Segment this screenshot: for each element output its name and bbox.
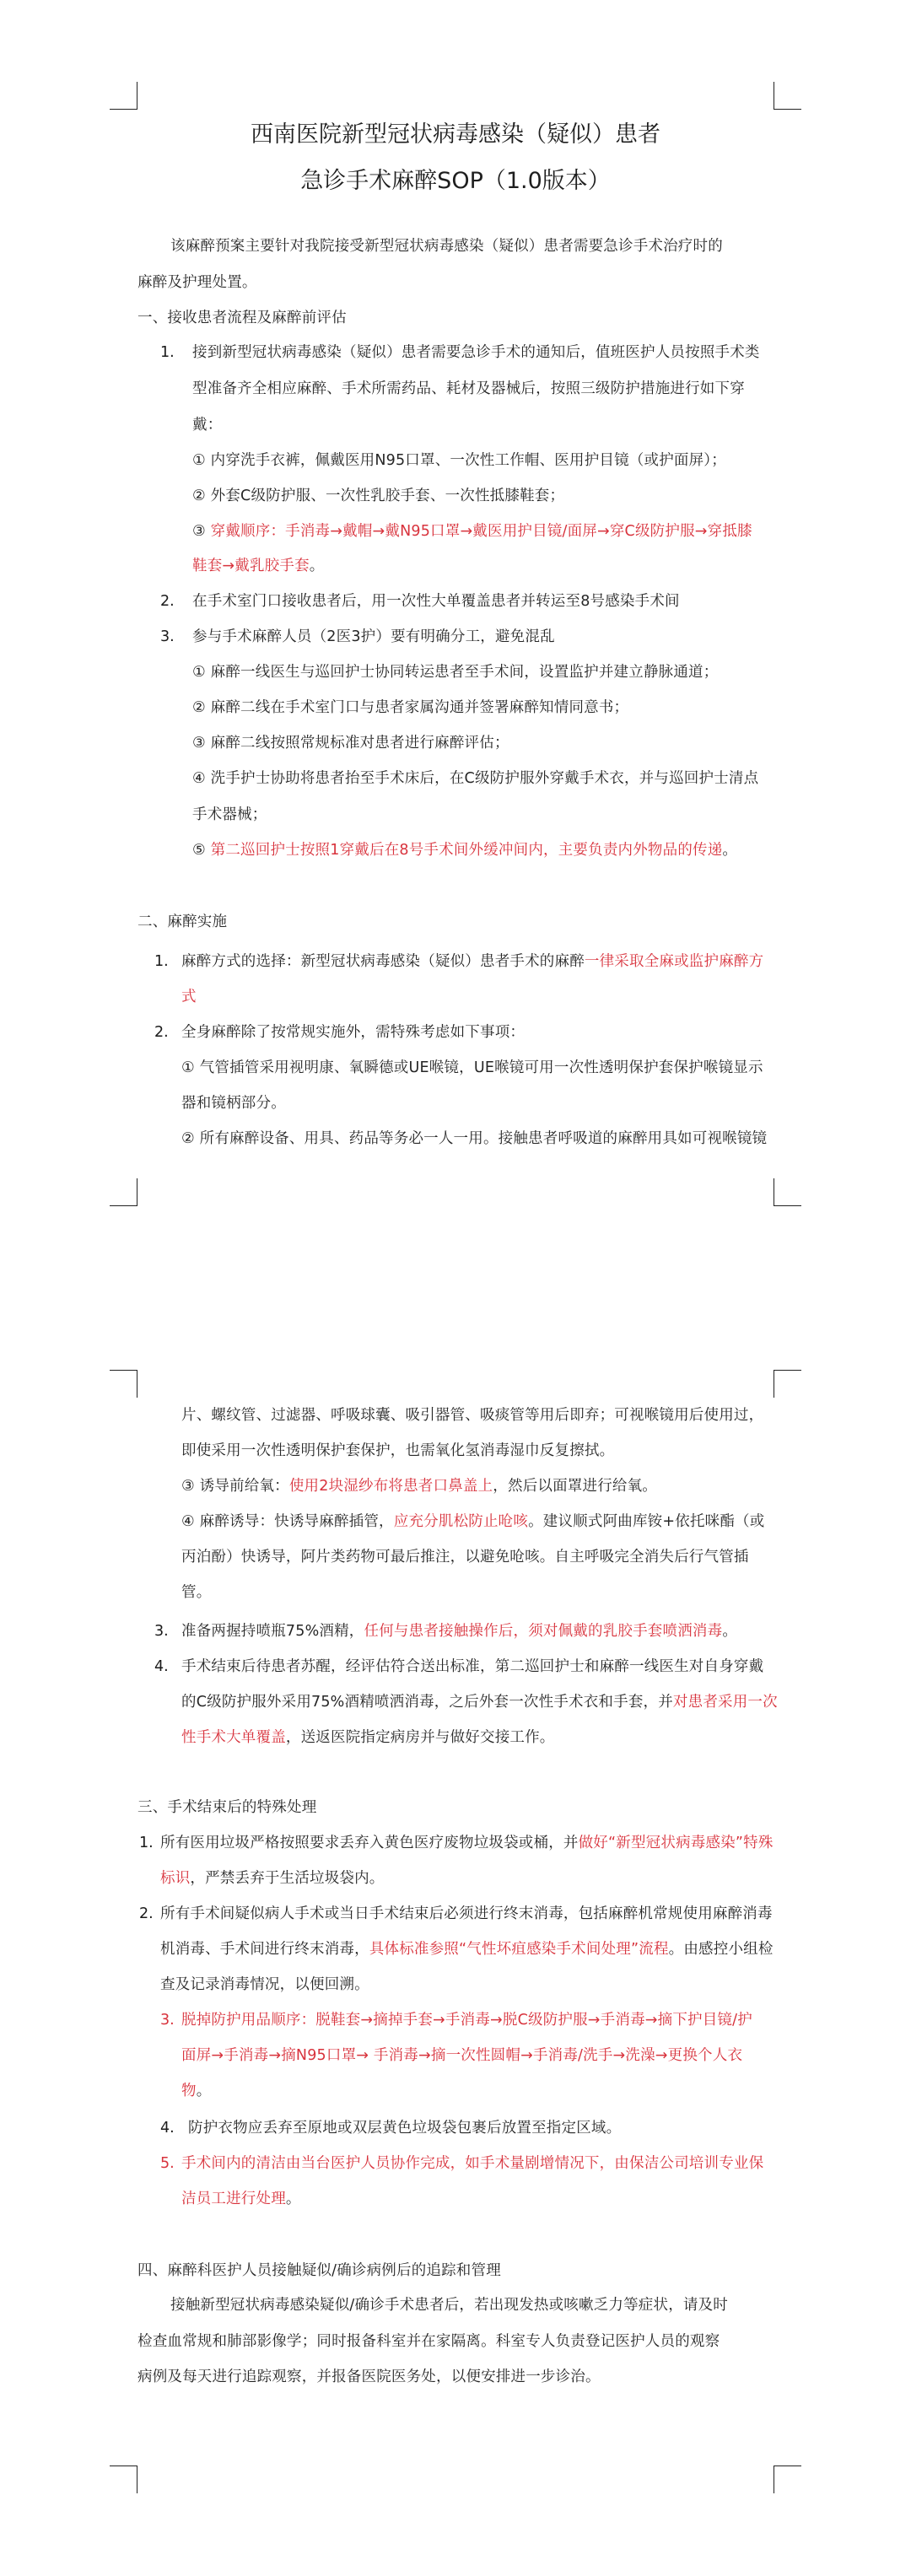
body-text: ① 内穿洗手衣裤，佩戴医用N95口罩、一次性工作帽、医用护目镜（或护面屏）； xyxy=(192,452,726,469)
text-line: 物。 xyxy=(181,2081,211,2101)
text-line: 机消毒、手术间进行终末消毒，具体标准参照“气性坏疽感染手术间处理”流程。由感控小… xyxy=(160,1939,774,1959)
body-text: 。 xyxy=(310,558,325,574)
body-text: 接到新型冠状病毒感染（疑似）患者需要急诊手术的通知后，值班医护人员按照手术类 xyxy=(192,344,760,361)
text-line: 片、螺纹管、过滤器、呼吸球囊、吸引器管、吸痰管等用后即弃；可视喉镜用后使用过， xyxy=(181,1405,763,1425)
document-title-line2: 急诊手术麻醉SOP（1.0版本） xyxy=(0,167,911,196)
body-text: 。 xyxy=(286,2191,301,2207)
body-text: 手术结束后待患者苏醒，经评估符合送出标准，第二巡回护士和麻醉一线医生对自身穿戴 xyxy=(181,1658,763,1675)
highlighted-text: 式 xyxy=(181,989,197,1005)
body-text: 的C级防护服外采用75%酒精喷洒消毒，之后外套一次性手术衣和手套，并 xyxy=(181,1694,673,1711)
page-corner-mark xyxy=(110,82,137,110)
body-text: ① 气管插管采用视明康、氧瞬德或UE喉镜，UE喉镜可用一次性透明保护套保护喉镜显… xyxy=(181,1059,763,1076)
list-number: 3. xyxy=(160,2010,175,2030)
text-line: 三、手术结束后的特殊处理 xyxy=(137,1797,316,1818)
text-line: 手术结束后待患者苏醒，经评估符合送出标准，第二巡回护士和麻醉一线医生对自身穿戴 xyxy=(181,1657,763,1677)
body-text: 准备两握持喷瓶75%酒精， xyxy=(181,1623,364,1640)
text-line: 戴： xyxy=(192,415,222,435)
text-line: 即使采用一次性透明保护套保护，也需氧化氢消毒湿巾反复擦拭。 xyxy=(181,1441,614,1461)
highlighted-text: 第二巡回护士按照1穿戴后在8号手术间外缓冲间内，主要负责内外物品的传递 xyxy=(211,842,723,859)
text-line: 手术器械； xyxy=(192,805,267,825)
list-number: 5. xyxy=(160,2153,175,2174)
body-text: 器和镜柄部分。 xyxy=(181,1095,286,1112)
text-line: ③ 穿戴顺序：手消毒→戴帽→戴N95口罩→戴医用护目镜/面屏→穿C级防护服→穿抵… xyxy=(192,521,752,542)
text-line: ② 麻醉二线在手术室门口与患者家属沟通并签署麻醉知情同意书； xyxy=(192,698,628,718)
body-text: 麻醉方式的选择：新型冠状病毒感染（疑似）患者手术的麻醉 xyxy=(181,953,585,970)
text-line: ① 内穿洗手衣裤，佩戴医用N95口罩、一次性工作帽、医用护目镜（或护面屏）； xyxy=(192,450,726,471)
body-text: ④ 洗手护士协助将患者抬至手术床后，在C级防护服外穿戴手术衣，并与巡回护士清点 xyxy=(192,770,758,787)
body-text: ① 麻醉一线医生与巡回护士协同转运患者至手术间，设置监护并建立静脉通道； xyxy=(192,664,718,681)
body-text: 接触新型冠状病毒感染疑似/确诊手术患者后，若出现发热或咳嗽乏力等症状，请及时 xyxy=(170,2297,728,2314)
body-text: 检查血常规和肺部影像学；同时报备科室并在家隔离。科室专人负责登记医护人员的观察 xyxy=(137,2333,720,2350)
text-line: 查及记录消毒情况，以便回溯。 xyxy=(160,1975,369,1995)
text-line: ④ 麻醉诱导：快诱导麻醉插管，应充分肌松防止呛咳。建议顺式阿曲库铵+依托咪酯（或 xyxy=(181,1512,764,1532)
highlighted-text: 对患者采用一次 xyxy=(673,1694,778,1711)
text-line: 的C级防护服外采用75%酒精喷洒消毒，之后外套一次性手术衣和手套，并对患者采用一… xyxy=(181,1692,778,1712)
body-text: 机消毒、手术间进行终末消毒， xyxy=(160,1941,369,1958)
text-line: 二、麻醉实施 xyxy=(137,912,227,932)
list-number: 2. xyxy=(139,1904,154,1924)
body-text: ③ 麻醉二线按照常规标准对患者进行麻醉评估； xyxy=(192,735,509,752)
body-text: 三、手术结束后的特殊处理 xyxy=(137,1799,316,1816)
text-line: 脱掉防护用品顺序：脱鞋套→摘掉手套→手消毒→脱C级防护服→手消毒→摘下护目镜/护 xyxy=(181,2010,752,2030)
body-text: 片、螺纹管、过滤器、呼吸球囊、吸引器管、吸痰管等用后即弃；可视喉镜用后使用过， xyxy=(181,1407,763,1424)
page-corner-mark xyxy=(774,1370,801,1398)
body-text: 戴： xyxy=(192,417,222,434)
body-text: 在手术室门口接收患者后，用一次性大单覆盖患者并转运至8号感染手术间 xyxy=(192,593,680,610)
list-number: 1. xyxy=(139,1833,154,1853)
body-text: 查及记录消毒情况，以便回溯。 xyxy=(160,1976,369,1993)
text-line: 该麻醉预案主要针对我院接受新型冠状病毒感染（疑似）患者需要急诊手术治疗时的 xyxy=(170,236,723,256)
highlighted-text: 面屏→手消毒→摘N95口罩→ 手消毒→摘一次性圆帽→手消毒/洗手→洗澡→更换个人… xyxy=(181,2047,742,2064)
list-number: 2. xyxy=(154,1022,169,1043)
text-line: 麻醉方式的选择：新型冠状病毒感染（疑似）患者手术的麻醉一律采取全麻或监护麻醉方 xyxy=(181,951,763,972)
highlighted-text: 使用2块湿纱布将患者口鼻盖上 xyxy=(289,1478,493,1495)
body-text: 参与手术麻醉人员（2医3护）要有明确分工，避免混乱 xyxy=(192,628,555,645)
text-line: 面屏→手消毒→摘N95口罩→ 手消毒→摘一次性圆帽→手消毒/洗手→洗澡→更换个人… xyxy=(181,2045,742,2066)
highlighted-text: 性手术大单覆盖 xyxy=(181,1729,286,1746)
body-text: 。 xyxy=(197,2083,212,2099)
text-line: ② 所有麻醉设备、用具、药品等务必一人一用。接触患者呼吸道的麻醉用具如可视喉镜镜 xyxy=(181,1129,767,1149)
text-line: 洁员工进行处理。 xyxy=(181,2189,301,2209)
body-text: 丙泊酚）快诱导，阿片类药物可最后推注，以避免呛咳。自主呼吸完全消失后行气管插 xyxy=(181,1549,749,1566)
list-number: 3. xyxy=(160,627,175,647)
text-line: 所有医用垃圾严格按照要求丢弃入黄色医疗废物垃圾袋或桶，并做好“新型冠状病毒感染”… xyxy=(160,1833,774,1853)
body-text: 手术器械； xyxy=(192,806,267,823)
text-line: 标识，严禁丢弃于生活垃圾袋内。 xyxy=(160,1868,385,1889)
body-text: 所有手术间疑似病人手术或当日手术结束后必须进行终末消毒，包括麻醉机常规使用麻醉消… xyxy=(160,1905,773,1922)
highlighted-text: 标识 xyxy=(160,1870,190,1887)
text-line: 丙泊酚）快诱导，阿片类药物可最后推注，以避免呛咳。自主呼吸完全消失后行气管插 xyxy=(181,1547,749,1567)
text-line: 鞋套→戴乳胶手套。 xyxy=(192,556,324,576)
text-line: 接触新型冠状病毒感染疑似/确诊手术患者后，若出现发热或咳嗽乏力等症状，请及时 xyxy=(170,2295,728,2315)
text-line: 检查血常规和肺部影像学；同时报备科室并在家隔离。科室专人负责登记医护人员的观察 xyxy=(137,2331,720,2352)
body-text: 。建议顺式阿曲库铵+依托咪酯（或 xyxy=(528,1513,764,1530)
text-line: 四、麻醉科医护人员接触疑似/确诊病例后的追踪和管理 xyxy=(137,2261,501,2281)
text-line: ② 外套C级防护服、一次性乳胶手套、一次性抵膝鞋套； xyxy=(192,486,564,506)
list-number: 4. xyxy=(160,2118,175,2138)
highlighted-text: 物 xyxy=(181,2083,197,2099)
document-title-line1: 西南医院新型冠状病毒感染（疑似）患者 xyxy=(0,121,911,149)
text-line: 接到新型冠状病毒感染（疑似）患者需要急诊手术的通知后，值班医护人员按照手术类 xyxy=(192,342,760,363)
text-line: 器和镜柄部分。 xyxy=(181,1093,286,1113)
list-number: 2. xyxy=(160,591,175,612)
text-line: 防护衣物应丢弃至原地或双层黄色垃圾袋包裹后放置至指定区域。 xyxy=(188,2118,621,2138)
page-corner-mark xyxy=(774,2466,801,2493)
body-text: ② 所有麻醉设备、用具、药品等务必一人一用。接触患者呼吸道的麻醉用具如可视喉镜镜 xyxy=(181,1130,767,1147)
highlighted-text: 脱掉防护用品顺序：脱鞋套→摘掉手套→手消毒→脱C级防护服→手消毒→摘下护目镜/护 xyxy=(181,2012,752,2029)
highlighted-text: 任何与患者接触操作后，须对佩戴的乳胶手套喷洒消毒 xyxy=(364,1623,723,1640)
text-line: 准备两握持喷瓶75%酒精，任何与患者接触操作后，须对佩戴的乳胶手套喷洒消毒。 xyxy=(181,1621,737,1641)
body-text: 二、麻醉实施 xyxy=(137,913,227,930)
highlighted-text: 做好“新型冠状病毒感染”特殊 xyxy=(579,1835,774,1851)
body-text: 麻醉及护理处置。 xyxy=(137,274,257,291)
body-text: ② 麻醉二线在手术室门口与患者家属沟通并签署麻醉知情同意书； xyxy=(192,699,628,716)
text-line: 式 xyxy=(181,987,197,1007)
list-number: 3. xyxy=(154,1621,169,1641)
body-text: ，严禁丢弃于生活垃圾袋内。 xyxy=(190,1870,384,1887)
text-line: 性手术大单覆盖，送返医院指定病房并与做好交接工作。 xyxy=(181,1727,555,1748)
highlighted-text: 穿戴顺序：手消毒→戴帽→戴N95口罩→戴医用护目镜/面屏→穿C级防护服→穿抵膝 xyxy=(211,523,752,540)
text-line: 手术间内的清洁由当台医护人员协作完成，如手术量剧增情况下，由保洁公司培训专业保 xyxy=(181,2153,763,2174)
body-text: 。 xyxy=(722,1623,737,1640)
highlighted-text: 鞋套→戴乳胶手套 xyxy=(192,558,310,574)
text-line: 麻醉及护理处置。 xyxy=(137,272,257,293)
text-line: 一、接收患者流程及麻醉前评估 xyxy=(137,308,347,328)
body-text: 。由感控小组检 xyxy=(669,1941,774,1958)
body-text: ③ xyxy=(192,523,211,540)
highlighted-text: 一律采取全麻或监护麻醉方 xyxy=(585,953,763,970)
body-text: 防护衣物应丢弃至原地或双层黄色垃圾袋包裹后放置至指定区域。 xyxy=(188,2120,621,2137)
body-text: ② 外套C级防护服、一次性乳胶手套、一次性抵膝鞋套； xyxy=(192,488,564,504)
body-text: 。 xyxy=(722,842,737,859)
text-line: 在手术室门口接收患者后，用一次性大单覆盖患者并转运至8号感染手术间 xyxy=(192,591,680,612)
text-line: 管。 xyxy=(181,1582,211,1603)
body-text: 该麻醉预案主要针对我院接受新型冠状病毒感染（疑似）患者需要急诊手术治疗时的 xyxy=(170,238,723,255)
body-text: 所有医用垃圾严格按照要求丢弃入黄色医疗废物垃圾袋或桶，并 xyxy=(160,1835,579,1851)
text-line: ③ 麻醉二线按照常规标准对患者进行麻醉评估； xyxy=(192,733,509,753)
body-text: 四、麻醉科医护人员接触疑似/确诊病例后的追踪和管理 xyxy=(137,2262,501,2279)
text-line: ① 气管插管采用视明康、氧瞬德或UE喉镜，UE喉镜可用一次性透明保护套保护喉镜显… xyxy=(181,1058,763,1078)
list-number: 1. xyxy=(154,951,169,972)
page-corner-mark xyxy=(774,1178,801,1206)
text-line: 参与手术麻醉人员（2医3护）要有明确分工，避免混乱 xyxy=(192,627,555,647)
body-text: ，然后以面罩进行给氧。 xyxy=(493,1478,657,1495)
body-text: ，送返医院指定病房并与做好交接工作。 xyxy=(286,1729,555,1746)
text-line: ④ 洗手护士协助将患者抬至手术床后，在C级防护服外穿戴手术衣，并与巡回护士清点 xyxy=(192,768,758,789)
page-corner-mark xyxy=(110,2466,137,2493)
highlighted-text: 应充分肌松防止呛咳 xyxy=(394,1513,528,1530)
body-text: 病例及每天进行追踪观察，并报备医院医务处，以便安排进一步诊治。 xyxy=(137,2369,601,2385)
text-line: 型准备齐全相应麻醉、手术所需药品、耗材及器械后，按照三级防护措施进行如下穿 xyxy=(192,379,745,399)
list-number: 4. xyxy=(154,1657,169,1677)
highlighted-text: 具体标准参照“气性坏疽感染手术间处理”流程 xyxy=(369,1941,669,1958)
body-text: ⑤ xyxy=(192,842,211,859)
highlighted-text: 手术间内的清洁由当台医护人员协作完成，如手术量剧增情况下，由保洁公司培训专业保 xyxy=(181,2155,763,2172)
text-line: ③ 诱导前给氧：使用2块湿纱布将患者口鼻盖上，然后以面罩进行给氧。 xyxy=(181,1476,657,1496)
body-text: ④ 麻醉诱导：快诱导麻醉插管， xyxy=(181,1513,394,1530)
highlighted-text: 洁员工进行处理 xyxy=(181,2191,286,2207)
body-text: 全身麻醉除了按常规实施外，需特殊考虑如下事项： xyxy=(181,1024,525,1041)
page-corner-mark xyxy=(774,82,801,110)
text-line: 全身麻醉除了按常规实施外，需特殊考虑如下事项： xyxy=(181,1022,525,1043)
body-text: 型准备齐全相应麻醉、手术所需药品、耗材及器械后，按照三级防护措施进行如下穿 xyxy=(192,380,745,397)
body-text: 即使采用一次性透明保护套保护，也需氧化氢消毒湿巾反复擦拭。 xyxy=(181,1442,614,1459)
list-number: 1. xyxy=(160,342,175,363)
text-line: ① 麻醉一线医生与巡回护士协同转运患者至手术间，设置监护并建立静脉通道； xyxy=(192,662,718,682)
page-corner-mark xyxy=(110,1370,137,1398)
text-line: 病例及每天进行追踪观察，并报备医院医务处，以便安排进一步诊治。 xyxy=(137,2367,601,2387)
body-text: 管。 xyxy=(181,1584,211,1601)
text-line: 所有手术间疑似病人手术或当日手术结束后必须进行终末消毒，包括麻醉机常规使用麻醉消… xyxy=(160,1904,773,1924)
body-text: 一、接收患者流程及麻醉前评估 xyxy=(137,310,347,326)
text-line: ⑤ 第二巡回护士按照1穿戴后在8号手术间外缓冲间内，主要负责内外物品的传递。 xyxy=(192,840,737,860)
body-text: ③ 诱导前给氧： xyxy=(181,1478,289,1495)
page-corner-mark xyxy=(110,1178,137,1206)
